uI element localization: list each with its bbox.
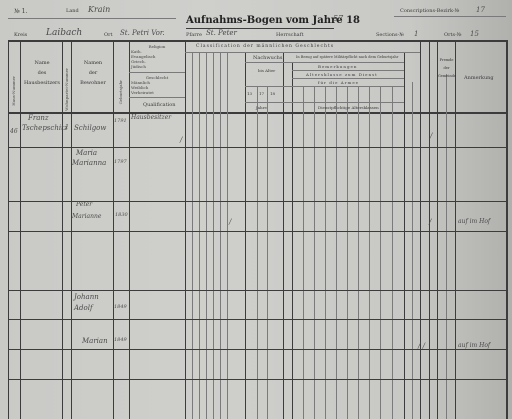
classification-header: Classification der männlichen Geschlecht… — [196, 44, 334, 49]
row-5-remark: auf im Hof — [458, 342, 490, 349]
row-3-remark: auf im Hof — [458, 218, 490, 225]
row-separator — [8, 319, 508, 320]
col-line — [404, 52, 405, 419]
col-line — [220, 52, 221, 419]
ort-value: St. Petri Vor. — [120, 29, 165, 37]
row-5-resident: Marian — [82, 337, 108, 345]
col-line — [213, 52, 214, 419]
col-house-number: Haus-Nummer — [11, 76, 16, 106]
col-line — [380, 86, 381, 419]
header-rule — [185, 52, 420, 53]
col-remarks: Anmerkung — [464, 75, 494, 81]
header-rule — [129, 72, 185, 73]
pfarre-label: Pfarre — [186, 32, 202, 38]
col-line — [71, 40, 72, 419]
group-mid2: Altersklasse zum Dienst — [306, 72, 378, 77]
row-separator — [8, 379, 508, 380]
col-line — [347, 86, 348, 419]
age-13: 13 — [247, 91, 252, 96]
col-line — [392, 86, 393, 419]
col-fremde-line: Fremde — [438, 56, 455, 64]
col-fremde-line: Gemeinde — [438, 72, 455, 80]
year-value: 57 — [333, 14, 343, 23]
col-line — [420, 40, 421, 419]
check-mark: / — [180, 136, 182, 144]
col-owner-name: Name des Hausbesitzers — [22, 58, 62, 88]
row-1-resident: Schilgow — [74, 124, 106, 132]
col-line — [185, 40, 186, 419]
col-line — [8, 40, 9, 419]
col-line — [227, 52, 228, 419]
row-1-house-number: 46 — [10, 128, 18, 135]
header-rule — [8, 18, 176, 19]
col-resident-name: Namen der Bewohner — [73, 58, 113, 88]
row-3-resident-last: Marianne — [72, 213, 101, 220]
land-value: Krain — [88, 5, 110, 14]
col-line — [113, 40, 114, 419]
row-4-resident-last: Adolf — [74, 304, 93, 312]
row-5-birth-year: 1849 — [114, 337, 127, 343]
group-top: In Bezug auf spätere Militärpflicht nach… — [296, 55, 398, 59]
col-line — [292, 62, 293, 419]
conscription-label: Conscriptions-Bezirk-№ — [400, 8, 459, 14]
check-mark: / — [429, 218, 431, 226]
sections-value: 1 — [414, 30, 418, 38]
col-line — [437, 40, 438, 419]
col-line — [245, 52, 246, 419]
col-household: Wohnpartei-Nummer — [64, 68, 69, 111]
group-mid3: für die Armee — [318, 80, 359, 85]
header-rule — [292, 78, 404, 79]
row-separator — [8, 147, 508, 148]
col-line — [446, 74, 447, 419]
col-line — [429, 40, 430, 419]
census-form-sheet: № 1. Land Krain Aufnahms-Bogen vom Jahre… — [0, 0, 512, 419]
age-17: 17 — [259, 91, 264, 96]
col-line — [336, 86, 337, 419]
row-2-resident-last: Marianna — [72, 159, 106, 167]
table-header-bottom — [8, 112, 508, 114]
col-owner-name-line: des — [22, 68, 62, 78]
header-rule — [245, 62, 404, 63]
col-line — [369, 86, 370, 419]
col-resident-name-line: der — [73, 68, 113, 78]
header-rule — [292, 70, 404, 71]
conscription-value: 17 — [476, 6, 485, 14]
herrschaft-label: Herrschaft — [276, 32, 304, 38]
col-fremde-line: der — [438, 64, 455, 72]
row-1-owner-first: Franz — [28, 114, 49, 122]
col-birth-year: Geburtsjahr — [118, 80, 123, 104]
status-row: Verheiratet — [131, 90, 183, 95]
col-fremde: Fremde der Gemeinde — [438, 56, 455, 80]
land-label: Land — [66, 8, 79, 14]
nachwuchs-header: Nachwuchs — [253, 55, 282, 61]
row-4-resident-first: Johann — [74, 293, 99, 301]
col-line — [325, 86, 326, 419]
col-line — [206, 52, 207, 419]
religion-block: Religion Kath. Evangelisch Griech. Jüdis… — [131, 44, 183, 69]
ages-note: Jahre — [256, 105, 267, 110]
col-line — [358, 86, 359, 419]
col-line — [192, 52, 193, 419]
check-mark: / / — [418, 342, 425, 350]
nachwuchs-sub: bis Alter — [258, 68, 275, 73]
age-18: 18 — [270, 91, 275, 96]
row-2-birth-year: 1797 — [114, 159, 127, 165]
header-rule — [245, 86, 404, 87]
pfarre-value: St. Peter — [206, 29, 237, 37]
col-line — [283, 52, 284, 419]
check-mark: / — [430, 132, 432, 140]
row-1-owner-last: Tschepschitz — [22, 124, 68, 132]
ort-label: Ort — [104, 32, 113, 38]
row-4-birth-year: 1849 — [114, 304, 127, 310]
table-top-border — [8, 40, 508, 42]
col-owner-name-line: Name — [22, 58, 62, 68]
row-1-household: 1 — [65, 124, 69, 131]
kreis-label: Kreis — [14, 32, 27, 38]
orts-value: 15 — [470, 30, 479, 38]
religion-row: Jüdisch — [131, 64, 183, 69]
status-block: Geschlecht Männlich Weiblich Verheiratet — [131, 75, 183, 95]
col-resident-name-line: Namen — [73, 58, 113, 68]
header-rule — [245, 102, 404, 103]
col-line — [412, 82, 413, 419]
row-2-resident-first: Maria — [76, 149, 97, 157]
group-mid: Bemerkungen — [318, 64, 357, 69]
row-3-birth-year: 1830 — [115, 212, 128, 218]
row-separator — [8, 231, 508, 232]
col-line — [314, 86, 315, 419]
col-owner-name-line: Hausbesitzers — [22, 78, 62, 88]
conscription-rule — [394, 16, 506, 17]
col-resident-name-line: Bewohner — [73, 78, 113, 88]
header-rule — [129, 97, 185, 98]
col-line — [62, 40, 63, 419]
row-3-resident-first: Peter — [76, 201, 92, 208]
sections-label: Sections-№ — [376, 32, 404, 38]
row-separator — [8, 349, 508, 350]
col-line — [267, 86, 268, 419]
row-1-qualification: Hausbesitzer — [131, 114, 171, 121]
col-line — [199, 52, 200, 419]
col-line — [20, 40, 21, 419]
row-1-birth-year: 1791 — [114, 118, 127, 124]
group-bottom: Dienstpflichtige Altersklassen — [318, 105, 379, 110]
col-qualification: Qualification — [143, 102, 175, 108]
check-mark: / — [229, 218, 231, 226]
col-line — [257, 86, 258, 419]
orts-label: Orts-№ — [444, 32, 462, 38]
col-line — [455, 40, 456, 419]
col-line — [506, 40, 508, 419]
form-number: № 1. — [14, 8, 27, 15]
col-line — [303, 86, 304, 419]
kreis-value: Laibach — [46, 28, 82, 38]
row-separator — [8, 290, 508, 291]
